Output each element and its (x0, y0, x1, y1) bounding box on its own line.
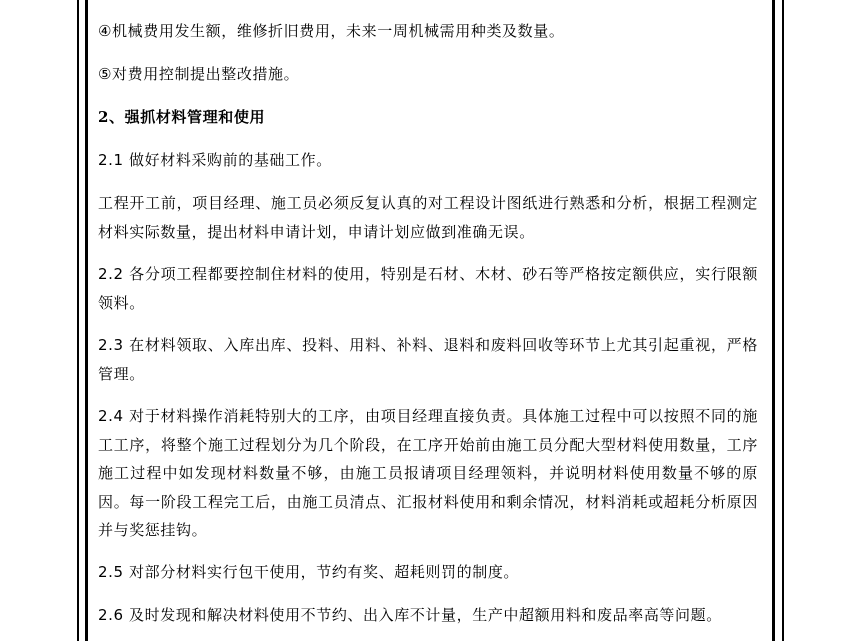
paragraph-2-2: 2.2 各分项工程都要控制住材料的使用，特别是石材、木材、砂石等严格按定额供应，… (98, 260, 758, 317)
page-border-left-inner (85, 0, 88, 641)
page-border-right-inner (772, 0, 775, 641)
paragraph-2-5: 2.5 对部分材料实行包干使用，节约有奖、超耗则罚的制度。 (98, 558, 758, 587)
section-heading: 2、强抓材料管理和使用 (98, 103, 758, 132)
paragraph-item-5: ⑤对费用控制提出整改措施。 (98, 60, 758, 89)
page-border-right-outer (782, 0, 784, 641)
paragraph-2-6: 2.6 及时发现和解决材料使用不节约、出入库不计量，生产中超额用料和废品率高等问… (98, 601, 758, 630)
paragraph-2-3: 2.3 在材料领取、入库出库、投料、用料、补料、退料和废料回收等环节上尤其引起重… (98, 331, 758, 388)
page-border-left-outer (77, 0, 79, 641)
paragraph-2-4: 2.4 对于材料操作消耗特别大的工序，由项目经理直接负责。具体施工过程中可以按照… (98, 402, 758, 545)
paragraph-prep-work: 工程开工前，项目经理、施工员必须反复认真的对工程设计图纸进行熟悉和分析，根据工程… (98, 189, 758, 246)
paragraph-2-1: 2.1 做好材料采购前的基础工作。 (98, 146, 758, 175)
paragraph-item-4: ④机械费用发生额，维修折旧费用，未来一周机械需用种类及数量。 (98, 17, 758, 46)
